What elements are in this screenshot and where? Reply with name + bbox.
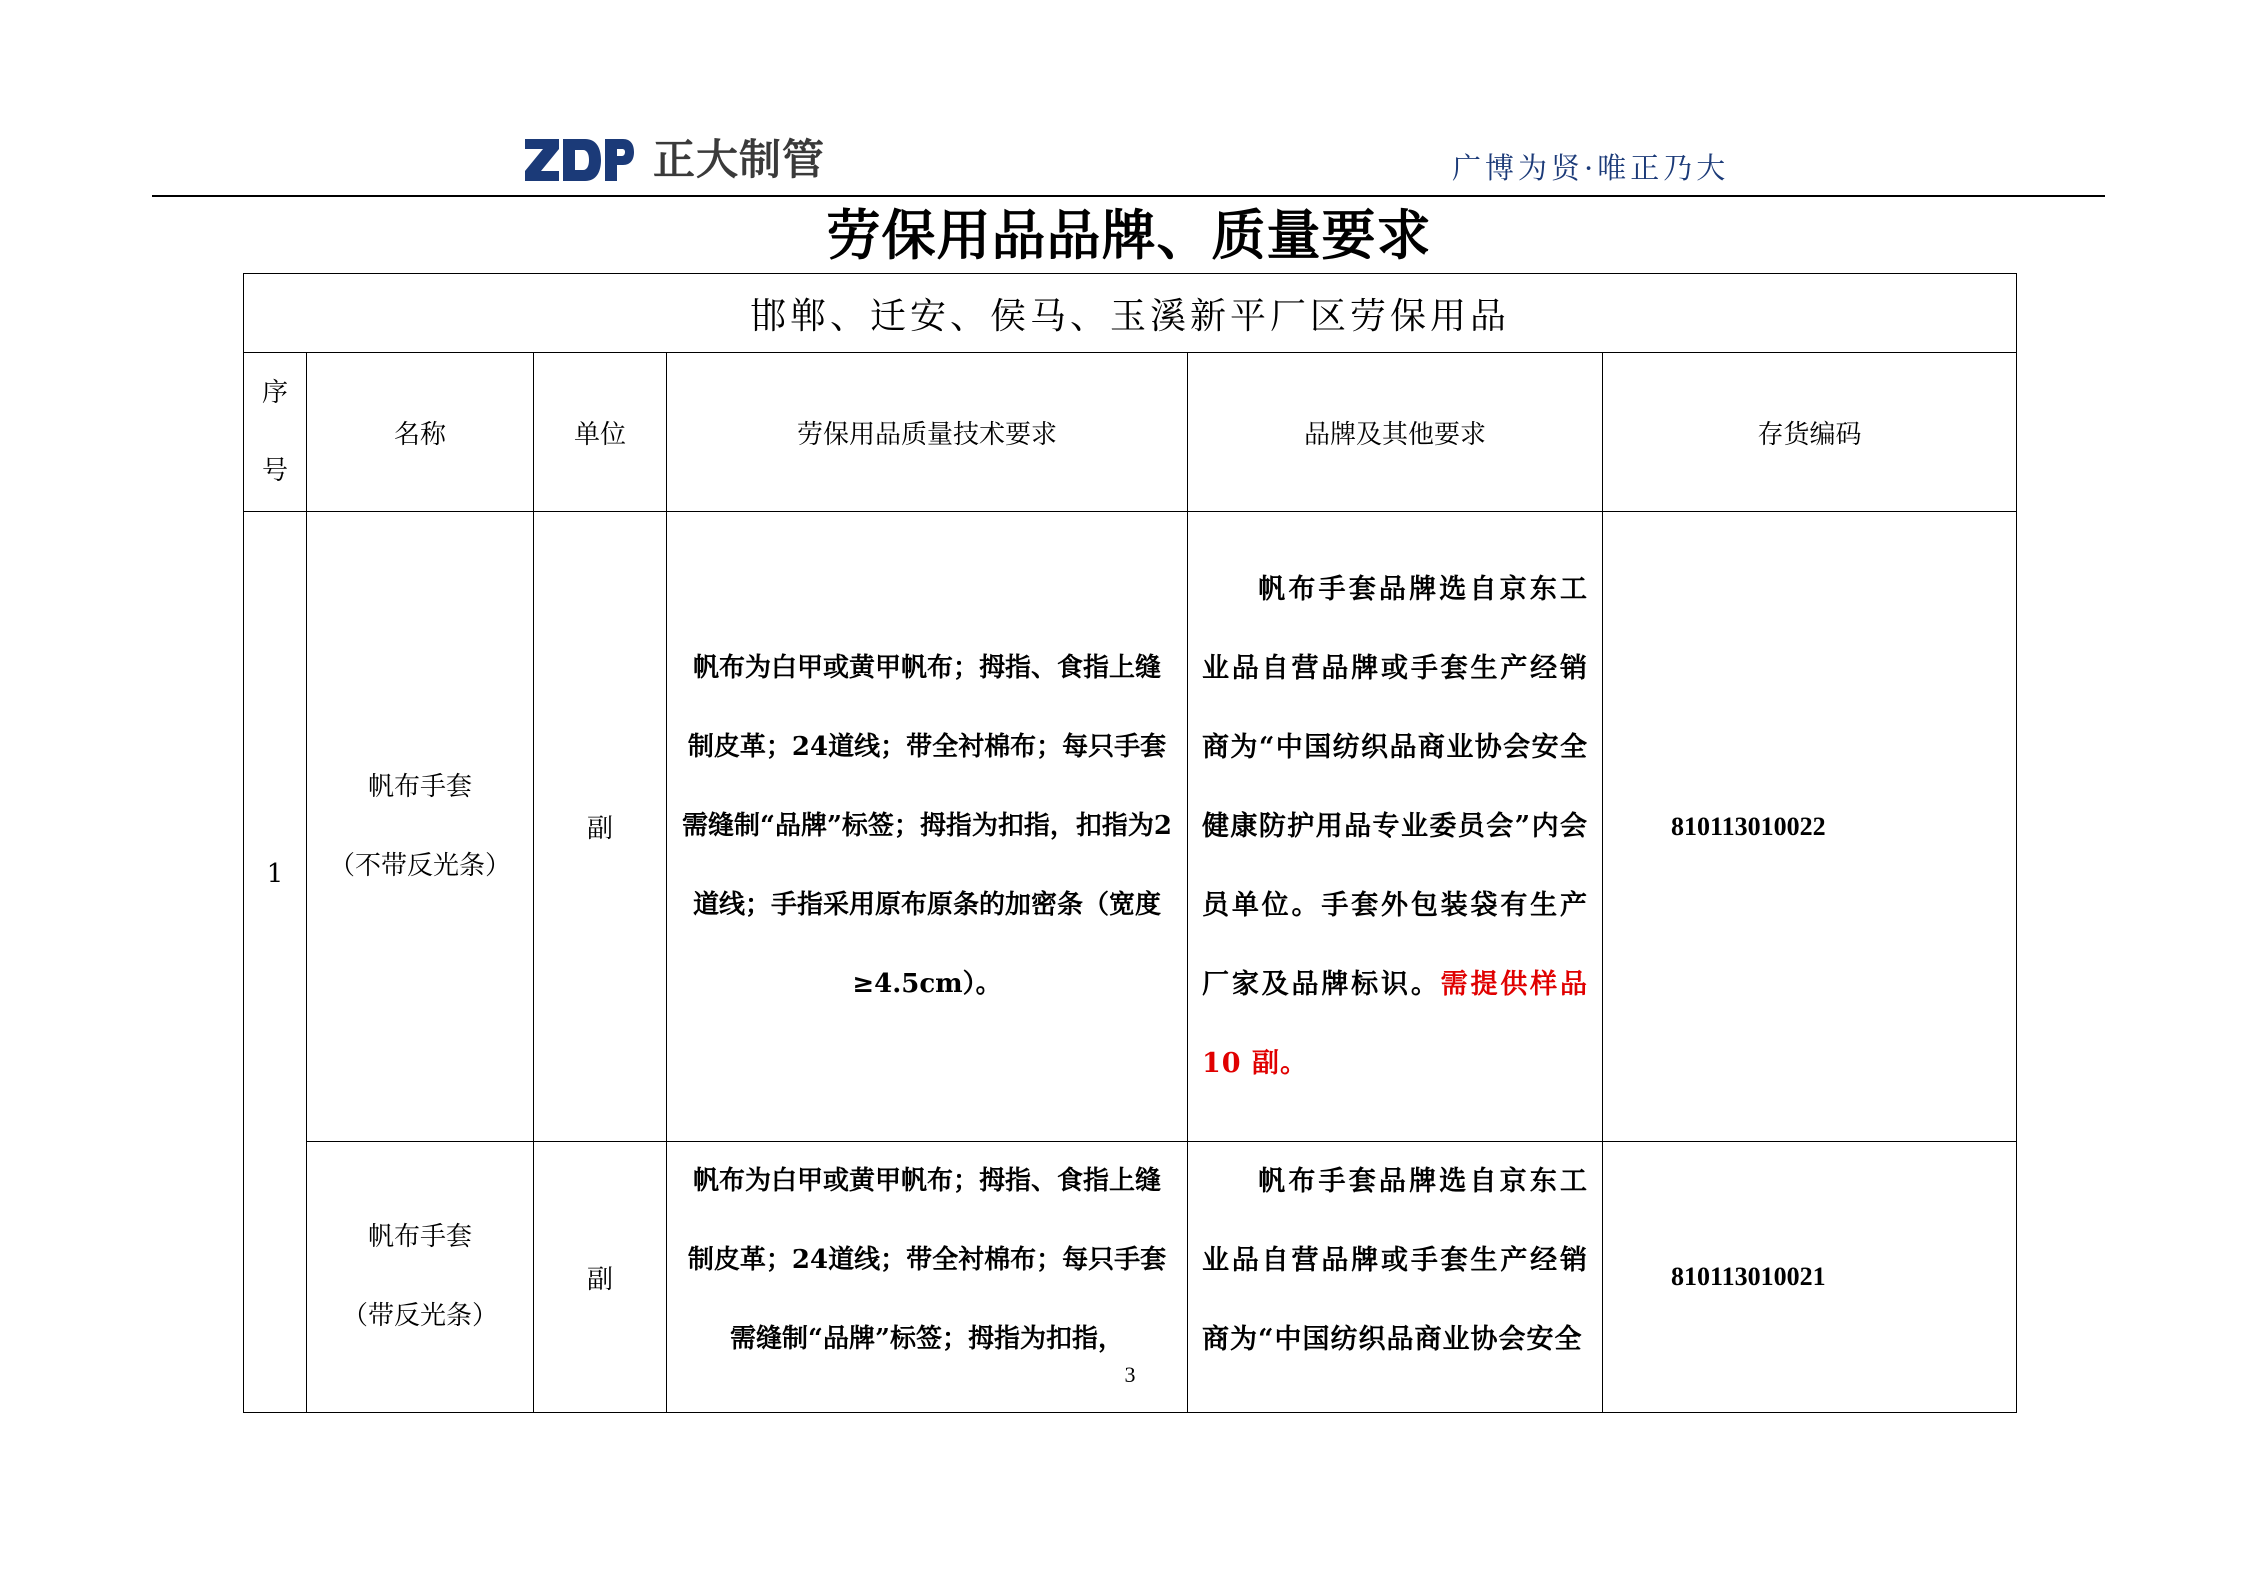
company-slogan: 广博为贤·唯正乃大 xyxy=(1452,146,1729,187)
company-name: 正大制管 xyxy=(653,134,825,186)
column-header-code: 存货编码 xyxy=(1603,353,2017,512)
company-logo: 正大制管 xyxy=(523,134,825,186)
column-header-name: 名称 xyxy=(307,353,534,512)
requirements-table: 邯郸、迁安、侯马、玉溪新平厂区劳保用品 序 号 名称 单位 劳保用品质量技术要求… xyxy=(243,273,2017,1413)
column-header-seq: 序 号 xyxy=(244,353,307,512)
page-number: 3 xyxy=(1100,1362,1160,1388)
column-header-unit: 单位 xyxy=(534,353,667,512)
item-name-cell: 帆布手套 （不带反光条） xyxy=(307,512,534,1142)
unit-cell: 副 xyxy=(534,1142,667,1413)
zdp-logo-icon xyxy=(523,137,635,183)
header-divider xyxy=(152,195,2105,197)
column-header-brand: 品牌及其他要求 xyxy=(1188,353,1603,512)
item-name: 帆布手套 xyxy=(307,1198,533,1277)
brand-requirements-text: 帆布手套品牌选自京东工业品自营品牌或手套生产经销商为“中国纺织品商业协会安全 xyxy=(1202,1166,1588,1355)
brand-requirements-cell: 帆布手套品牌选自京东工业品自营品牌或手套生产经销商为“中国纺织品商业协会安全 xyxy=(1188,1142,1603,1413)
seq-header-line1: 序 xyxy=(244,354,306,432)
inventory-code-cell: 810113010022 xyxy=(1603,512,2017,1142)
table-subtitle: 邯郸、迁安、侯马、玉溪新平厂区劳保用品 xyxy=(244,274,2017,353)
item-name-cell: 帆布手套 （带反光条） xyxy=(307,1142,534,1413)
seq-cell: 1 xyxy=(244,512,307,1413)
unit-cell: 副 xyxy=(534,512,667,1142)
brand-requirements-cell: 帆布手套品牌选自京东工业品自营品牌或手套生产经销商为“中国纺织品商业协会安全健康… xyxy=(1188,512,1603,1142)
tech-requirements-cell: 帆布为白甲或黄甲帆布；拇指、食指上缝制皮革；24道线；带全衬棉布；每只手套需缝制… xyxy=(667,512,1188,1142)
table-header-row: 序 号 名称 单位 劳保用品质量技术要求 品牌及其他要求 存货编码 xyxy=(244,353,2017,512)
item-variant: （带反光条） xyxy=(307,1277,533,1356)
item-variant: （不带反光条） xyxy=(307,827,533,906)
brand-requirements-text: 帆布手套品牌选自京东工业品自营品牌或手套生产经销商为“中国纺织品商业协会安全健康… xyxy=(1202,574,1588,1000)
item-name: 帆布手套 xyxy=(307,748,533,827)
page-title: 劳保用品品牌、质量要求 xyxy=(243,200,2015,270)
table-row: 1 帆布手套 （不带反光条） 副 帆布为白甲或黄甲帆布；拇指、食指上缝制皮革；2… xyxy=(244,512,2017,1142)
seq-header-line2: 号 xyxy=(244,432,306,510)
inventory-code-cell: 810113010021 xyxy=(1603,1142,2017,1413)
column-header-tech: 劳保用品质量技术要求 xyxy=(667,353,1188,512)
